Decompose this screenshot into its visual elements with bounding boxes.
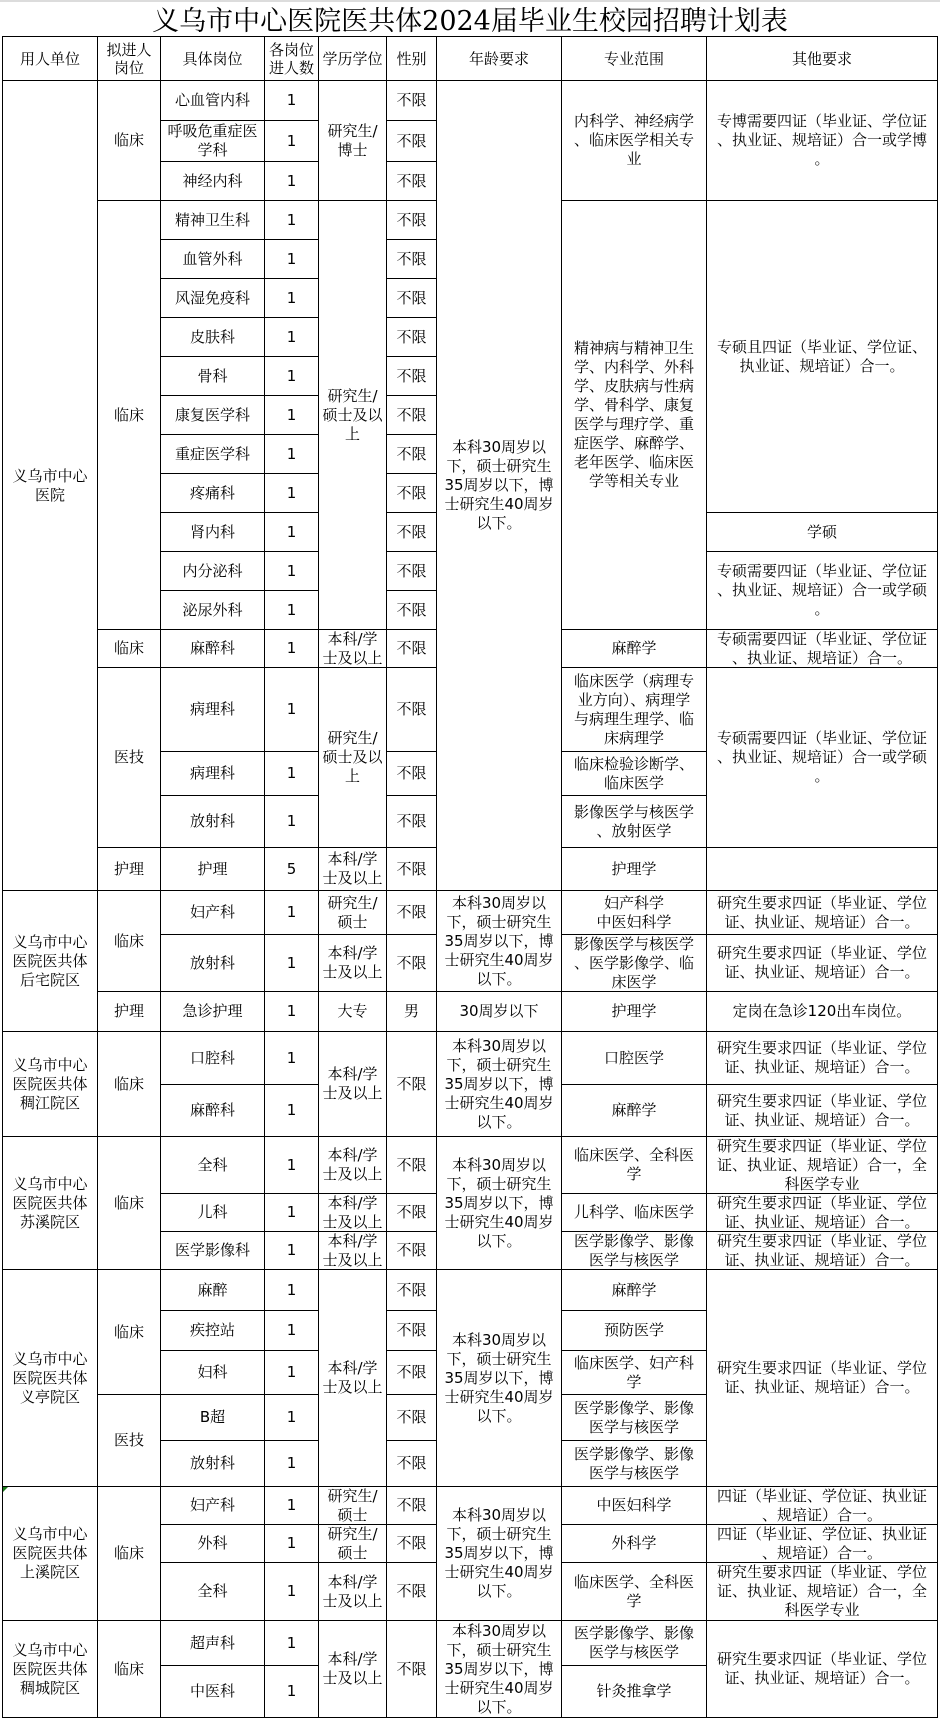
table-cell-headcount: 1 [264,1440,319,1487]
table-cell-gender: 不限 [386,1269,437,1311]
table-cell-post: 全科 [160,1562,265,1621]
table-cell-position-type: 医技 [97,1394,161,1487]
table-cell-gender: 不限 [386,1231,437,1270]
table-cell-post: 骨科 [160,356,265,396]
table-cell-post: 超声科 [160,1620,265,1666]
table-cell-other-requirements: 专硕需要四证（毕业证、学位证 、执业证、规培证）合一或学硕 。 [706,551,938,630]
table-cell-headcount: 1 [264,551,319,591]
table-cell-headcount: 1 [264,1310,319,1351]
table-cell-post: 重症医学科 [160,434,265,474]
table-cell-other-requirements: 专博需要四证（毕业证、学位证 、执业证、规培证）合一或学博 。 [706,80,938,201]
table-cell-age-requirement: 本科30周岁以 下，硕士研究生 35周岁以下，博 士研究生40周岁 以下。 [436,80,562,891]
table-cell-major-scope: 护理学 [561,847,707,891]
column-header-major-scope: 专业范围 [561,36,707,81]
table-cell-post: 康复医学科 [160,395,265,435]
table-cell-major-scope: 医学影像学、影像 医学与核医学 [561,1394,707,1441]
table-cell-major-scope: 精神病与精神卫生 学、内科学、外科 学、皮肤病与性病 学、骨科学、康复 医学与理… [561,200,707,630]
table-cell-post: 病理科 [160,751,265,796]
table-cell-education: 研究生/ 硕士 [318,1486,387,1525]
table-cell-education: 本科/学 士及以上 [318,1269,387,1487]
table-cell-education: 本科/学 士及以上 [318,1620,387,1718]
table-cell-other-requirements: 研究生要求四证（毕业证、学位 证、执业证、规培证）合一，全 科医学专业 [706,1562,938,1621]
table-cell-age-requirement: 30周岁以下 [436,991,562,1032]
table-cell-major-scope: 口腔医学 [561,1031,707,1085]
table-cell-post: 心血管内科 [160,80,265,121]
table-cell-education: 本科/学 士及以上 [318,1562,387,1621]
table-cell-gender: 不限 [386,795,437,848]
page-title: 义乌市中心医院医共体2024届毕业生校园招聘计划表 [0,0,940,36]
table-cell-unit: 义乌市中心 医院医共体 稠城院区 [2,1620,98,1718]
table-cell-major-scope: 妇产科学 中医妇科学 [561,890,707,935]
table-cell-gender: 男 [386,991,437,1032]
table-cell-headcount: 1 [264,1136,319,1194]
table-cell-gender: 不限 [386,667,437,752]
table-cell-post: 麻醉 [160,1269,265,1311]
table-cell-post: 口腔科 [160,1031,265,1085]
table-cell-age-requirement: 本科30周岁以 下，硕士研究生 35周岁以下，博 士研究生40周岁 以下。 [436,1486,562,1621]
table-cell-education: 研究生/ 硕士及以 上 [318,200,387,630]
table-cell-education: 研究生/ 硕士及以 上 [318,667,387,848]
table-cell-post: 肾内科 [160,512,265,552]
table-cell-headcount: 1 [264,1031,319,1085]
table-cell-unit: 义乌市中心 医院医共体 稠江院区 [2,1031,98,1137]
table-cell-gender: 不限 [386,1620,437,1718]
table-cell-post: 放射科 [160,1440,265,1487]
table-cell-headcount: 1 [264,890,319,935]
table-cell-position-type: 临床 [97,1486,161,1621]
table-cell-headcount: 1 [264,200,319,240]
table-cell-age-requirement: 本科30周岁以 下，硕士研究生 35周岁以下，博 士研究生40周岁 以下。 [436,1031,562,1137]
table-cell-education: 本科/学 士及以上 [318,1031,387,1137]
table-cell-headcount: 1 [264,1620,319,1666]
table-cell-post: 麻醉科 [160,1084,265,1137]
table-cell-age-requirement: 本科30周岁以 下，硕士研究生 35周岁以下，博 士研究生40周岁 以下。 [436,1269,562,1487]
table-cell-gender: 不限 [386,1310,437,1351]
table-cell-post: 疼痛科 [160,473,265,513]
table-cell-gender: 不限 [386,1440,437,1487]
table-cell-major-scope: 医学影像学、影像 医学与核医学 [561,1231,707,1270]
table-cell-gender: 不限 [386,590,437,630]
table-cell-education: 本科/学 士及以上 [318,934,387,992]
table-cell-major-scope: 护理学 [561,991,707,1032]
table-cell-education: 大专 [318,991,387,1032]
table-cell-position-type: 临床 [97,80,161,201]
table-cell-gender: 不限 [386,161,437,201]
table-cell-gender: 不限 [386,278,437,318]
table-cell-gender: 不限 [386,629,437,668]
table-cell-post: 外科 [160,1524,265,1563]
table-cell-headcount: 1 [264,1084,319,1137]
column-header-unit: 用人单位 [2,36,98,81]
table-cell-unit: 义乌市中心 医院医共体 后宅院区 [2,890,98,1032]
table-cell-major-scope: 针灸推拿学 [561,1665,707,1718]
column-header-post: 具体岗位 [160,36,265,81]
table-cell-gender: 不限 [386,1031,437,1137]
table-cell-major-scope: 影像医学与核医学 、放射医学 [561,795,707,848]
table-cell-gender: 不限 [386,1394,437,1441]
column-header-headcount: 各岗位 进人数 [264,36,319,81]
table-cell-headcount: 1 [264,1394,319,1441]
table-cell-post: 医学影像科 [160,1231,265,1270]
table-cell-position-type: 临床 [97,890,161,992]
table-cell-unit: 义乌市中心 医院医共体 苏溪院区 [2,1136,98,1270]
table-cell-gender: 不限 [386,1193,437,1232]
table-cell-other-requirements: 研究生要求四证（毕业证、学位 证、执业证、规培证）合一。 [706,1620,938,1718]
table-cell-gender: 不限 [386,847,437,891]
table-cell-major-scope: 临床医学、全科医 学 [561,1136,707,1194]
table-cell-post: 病理科 [160,667,265,752]
table-cell-unit: 义乌市中心 医院 [2,80,98,891]
table-cell-gender: 不限 [386,473,437,513]
table-cell-headcount: 1 [264,356,319,396]
table-cell-major-scope: 预防医学 [561,1310,707,1351]
table-cell-position-type: 临床 [97,629,161,668]
table-cell-other-requirements: 研究生要求四证（毕业证、学位 证、执业证、规培证）合一。 [706,1084,938,1137]
table-cell-unit: 义乌市中心 医院医共体 上溪院区 [2,1486,98,1621]
table-cell-post: 呼吸危重症医 学科 [160,120,265,162]
table-cell-headcount: 1 [264,120,319,162]
table-cell-headcount: 1 [264,590,319,630]
table-cell-gender: 不限 [386,551,437,591]
table-cell-major-scope: 外科学 [561,1524,707,1563]
table-cell-other-requirements: 研究生要求四证（毕业证、学位 证、执业证、规培证）合一。 [706,1031,938,1085]
table-cell-post: 神经内科 [160,161,265,201]
table-cell-post: 放射科 [160,795,265,848]
table-cell-education: 本科/学 士及以上 [318,1193,387,1232]
table-cell-post: 急诊护理 [160,991,265,1032]
table-cell-post: 护理 [160,847,265,891]
table-cell-education: 本科/学 士及以上 [318,1136,387,1194]
table-cell-education: 本科/学 士及以上 [318,1231,387,1270]
table-cell-headcount: 1 [264,1350,319,1395]
table-cell-headcount: 1 [264,795,319,848]
table-cell-post: B超 [160,1394,265,1441]
table-cell-position-type: 临床 [97,1620,161,1718]
column-header-age-requirement: 年龄要求 [436,36,562,81]
table-cell-education: 本科/学 士及以上 [318,847,387,891]
table-cell-education: 研究生/ 硕士 [318,1524,387,1563]
table-cell-age-requirement: 本科30周岁以 下，硕士研究生 35周岁以下，博 士研究生40周岁 以下。 [436,890,562,992]
table-cell-gender: 不限 [386,120,437,162]
table-cell-major-scope: 内科学、神经病学 、临床医学相关专 业 [561,80,707,201]
table-cell-other-requirements: 专硕需要四证（毕业证、学位证 、执业证、规培证）合一。 [706,629,938,668]
table-cell-post: 中医科 [160,1665,265,1718]
table-cell-education: 本科/学 士及以上 [318,629,387,668]
table-cell-position-type: 护理 [97,991,161,1032]
table-cell-position-type: 临床 [97,1136,161,1270]
table-cell-other-requirements: 研究生要求四证（毕业证、学位 证、执业证、规培证）合一。 [706,890,938,935]
table-cell-other-requirements: 研究生要求四证（毕业证、学位 证、执业证、规培证）合一。 [706,934,938,992]
table-cell-headcount: 1 [264,473,319,513]
table-cell-position-type: 医技 [97,667,161,848]
table-cell-gender: 不限 [386,934,437,992]
table-cell-headcount: 1 [264,991,319,1032]
table-cell-post: 疾控站 [160,1310,265,1351]
table-cell-major-scope: 麻醉学 [561,629,707,668]
table-cell-gender: 不限 [386,1350,437,1395]
table-cell-post: 麻醉科 [160,629,265,668]
table-cell-headcount: 1 [264,1193,319,1232]
table-cell-post: 精神卫生科 [160,200,265,240]
table-cell-post: 血管外科 [160,239,265,279]
table-cell-other-requirements: 学硕 [706,512,938,552]
table-cell-gender: 不限 [386,1136,437,1194]
table-cell-headcount: 1 [264,317,319,357]
table-cell-education: 研究生/ 博士 [318,80,387,201]
table-cell-headcount: 1 [264,751,319,796]
table-cell-other-requirements: 研究生要求四证（毕业证、学位 证、执业证、规培证）合一。 [706,1193,938,1232]
table-cell-post: 内分泌科 [160,551,265,591]
table-cell-post: 皮肤科 [160,317,265,357]
table-cell-gender: 不限 [386,239,437,279]
table-cell-headcount: 1 [264,629,319,668]
table-cell-post: 妇产科 [160,1486,265,1525]
table-cell-education: 研究生/ 硕士 [318,890,387,935]
table-cell-headcount: 1 [264,278,319,318]
table-cell-position-type: 临床 [97,1269,161,1395]
table-cell-other-requirements: 定岗在急诊120出车岗位。 [706,991,938,1032]
table-cell-gender: 不限 [386,1562,437,1621]
table-cell-headcount: 1 [264,434,319,474]
table-cell-other-requirements: 专硕且四证（毕业证、学位证、 执业证、规培证）合一。 [706,200,938,513]
table-cell-headcount: 1 [264,161,319,201]
table-cell-other-requirements: 四证（毕业证、学位证、执业证 、规培证）合一。 [706,1524,938,1563]
table-cell-major-scope: 中医妇科学 [561,1486,707,1525]
table-cell-gender: 不限 [386,80,437,121]
table-cell-gender: 不限 [386,751,437,796]
table-cell-major-scope: 临床医学、全科医 学 [561,1562,707,1621]
table-cell-post: 全科 [160,1136,265,1194]
table-cell-major-scope: 临床医学、妇产科 学 [561,1350,707,1395]
table-cell-gender: 不限 [386,395,437,435]
table-cell-unit: 义乌市中心 医院医共体 义亭院区 [2,1269,98,1487]
table-cell-post: 妇科 [160,1350,265,1395]
table-cell-major-scope: 医学影像学、影像 医学与核医学 [561,1440,707,1487]
table-cell-major-scope: 影像医学与核医学 、医学影像学、临 床医学 [561,934,707,992]
table-cell-major-scope: 麻醉学 [561,1084,707,1137]
table-cell-age-requirement: 本科30周岁以 下，硕士研究生 35周岁以下，博 士研究生40周岁 以下。 [436,1620,562,1718]
table-cell-gender: 不限 [386,434,437,474]
table-cell-headcount: 1 [264,1665,319,1718]
table-cell-major-scope: 儿科学、临床医学 [561,1193,707,1232]
table-cell-headcount: 1 [264,80,319,121]
table-cell-other-requirements: 四证（毕业证、学位证、执业证 、规培证）合一。 [706,1486,938,1525]
table-cell-other-requirements: 研究生要求四证（毕业证、学位 证、执业证、规培证）合一。 [706,1231,938,1270]
table-cell-major-scope: 麻醉学 [561,1269,707,1311]
table-cell-headcount: 1 [264,512,319,552]
table-cell-gender: 不限 [386,512,437,552]
table-cell-position-type: 临床 [97,1031,161,1137]
column-header-education: 学历学位 [318,36,387,81]
table-cell-headcount: 1 [264,667,319,752]
column-header-position-type: 拟进人 岗位 [97,36,161,81]
table-cell-position-type: 临床 [97,200,161,630]
table-cell-other-requirements: 研究生要求四证（毕业证、学位 证、执业证、规培证）合一，全 科医学专业 [706,1136,938,1194]
table-cell-headcount: 1 [264,1231,319,1270]
table-cell-headcount: 1 [264,239,319,279]
table-cell-headcount: 1 [264,934,319,992]
table-cell-headcount: 1 [264,1486,319,1525]
table-cell-post: 妇产科 [160,890,265,935]
table-cell-gender: 不限 [386,1486,437,1525]
table-cell-gender: 不限 [386,317,437,357]
table-cell-headcount: 1 [264,1524,319,1563]
table-cell-other-requirements [706,847,938,891]
table-cell-headcount: 1 [264,395,319,435]
table-cell-major-scope: 医学影像学、影像 医学与核医学 [561,1620,707,1666]
table-cell-major-scope: 临床检验诊断学、 临床医学 [561,751,707,796]
table-cell-gender: 不限 [386,200,437,240]
table-cell-age-requirement: 本科30周岁以 下，硕士研究生 35周岁以下，博 士研究生40周岁 以下。 [436,1136,562,1270]
table-cell-major-scope: 临床医学（病理专 业方向）、病理学 与病理生理学、临 床病理学 [561,667,707,752]
table-cell-post: 泌尿外科 [160,590,265,630]
cell-comment-marker-icon [3,1487,8,1492]
table-cell-gender: 不限 [386,1524,437,1563]
table-cell-post: 风湿免疫科 [160,278,265,318]
table-cell-headcount: 5 [264,847,319,891]
table-cell-gender: 不限 [386,890,437,935]
table-cell-headcount: 1 [264,1269,319,1311]
table-cell-gender: 不限 [386,356,437,396]
table-cell-other-requirements: 专硕需要四证（毕业证、学位证 、执业证、规培证）合一或学硕 。 [706,667,938,848]
table-cell-post: 儿科 [160,1193,265,1232]
table-cell-post: 放射科 [160,934,265,992]
column-header-gender: 性别 [386,36,437,81]
table-cell-headcount: 1 [264,1562,319,1621]
table-cell-position-type: 护理 [97,847,161,891]
column-header-other-requirements: 其他要求 [706,36,938,81]
table-cell-other-requirements: 研究生要求四证（毕业证、学位 证、执业证、规培证）合一。 [706,1269,938,1487]
